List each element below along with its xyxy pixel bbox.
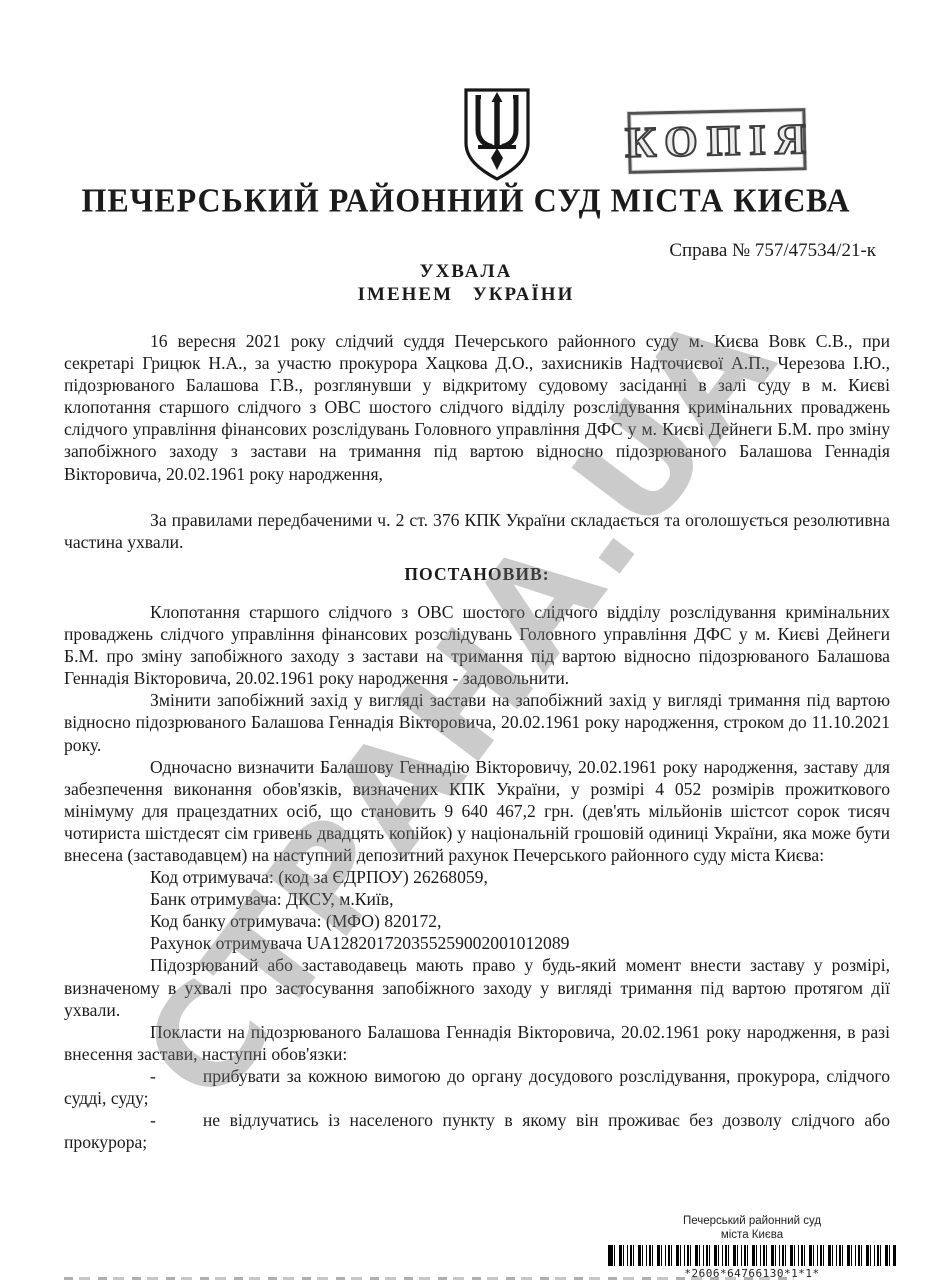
para-grant: Клопотання старшого слідчого з ОВС шосто… — [64, 601, 890, 689]
bank-detail-line: Код отримувача: (код за ЄДРПОУ) 26268059… — [64, 866, 890, 888]
resolution-heading: ПОСТАНОВИВ: — [64, 563, 890, 585]
document-title: УХВАЛА — [0, 261, 932, 283]
ruling-body: 16 вересня 2021 року слідчий суддя Печер… — [64, 330, 890, 1153]
barcode — [608, 1245, 896, 1266]
duty-bullet: -не відлучатись із населеного пункту в я… — [64, 1109, 890, 1153]
para-rules: За правилами передбаченими ч. 2 ст. 376 … — [64, 509, 890, 553]
bank-detail-line: Код банку отримувача: (МФО) 820172, — [64, 910, 890, 932]
duty-bullet: -прибувати за кожною вимогою до органу д… — [64, 1065, 890, 1109]
duty-bullet-text: прибувати за кожною вимогою до органу до… — [64, 1066, 890, 1108]
footer-court-line1: Печерський районний суд — [608, 1214, 896, 1228]
bullet-dash: - — [150, 1110, 156, 1130]
para-change: Змінити запобіжний захід у вигляді заста… — [64, 689, 890, 755]
scanned-court-ruling-page: КОПІЯ ПЕЧЕРСЬКИЙ РАЙОННИЙ СУД МІСТА КИЄВ… — [0, 0, 932, 1280]
bank-detail-line: Рахунок отримувача UA1282017203552590020… — [64, 932, 890, 954]
para-right: Підозрюваний або заставодавець мають пра… — [64, 954, 890, 1020]
bullet-dash: - — [150, 1066, 156, 1086]
case-number: Справа № 757/47534/21-к — [669, 240, 876, 262]
copy-stamp-label: КОПІЯ — [619, 114, 816, 167]
court-name-heading: ПЕЧЕРСЬКИЙ РАЙОННИЙ СУД МІСТА КИЄВА — [0, 181, 932, 220]
para-bail: Одночасно визначити Балашову Геннадію Ві… — [64, 756, 890, 866]
document-subtitle: ІМЕНЕМ УКРАЇНИ — [0, 284, 932, 306]
duty-bullet-text: не відлучатись із населеного пункту в як… — [64, 1110, 890, 1152]
bank-detail-line: Банк отримувача: ДКСУ, м.Київ, — [64, 888, 890, 910]
ukraine-coat-of-arms-icon — [460, 86, 534, 186]
para-duties: Покласти на підозрюваного Балашова Генна… — [64, 1021, 890, 1065]
barcode-footer: Печерський районний суд міста Києва *260… — [608, 1214, 896, 1280]
cutoff-line — [64, 1274, 794, 1280]
para-intro: 16 вересня 2021 року слідчий суддя Печер… — [64, 330, 890, 485]
footer-court-line2: міста Києва — [608, 1228, 896, 1242]
copy-stamp: КОПІЯ — [627, 108, 806, 174]
